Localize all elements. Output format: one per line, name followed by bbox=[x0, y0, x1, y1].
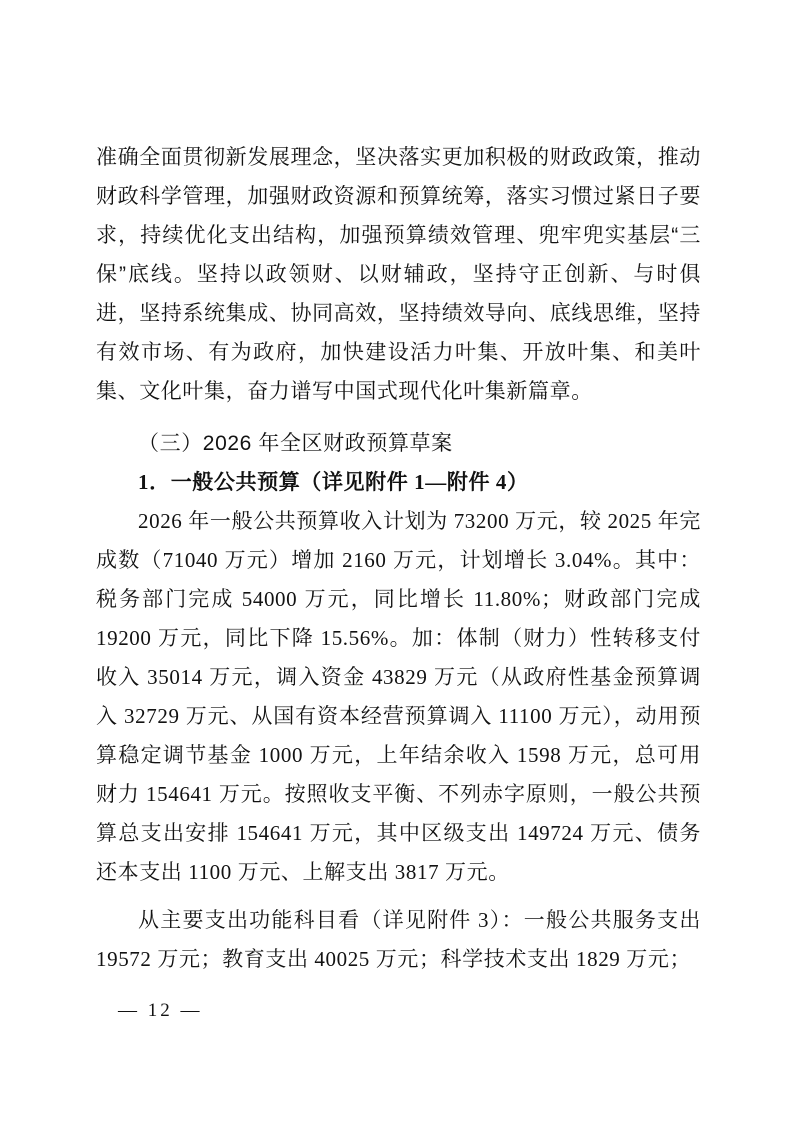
document-page: 准确全面贯彻新发展理念，坚决落实更加积极的财政政策，推动财政科学管理，加强财政资… bbox=[0, 0, 793, 1122]
paragraph-general-public-budget: 2026 年一般公共预算收入计划为 73200 万元，较 2025 年完成数（7… bbox=[96, 502, 701, 892]
paragraph-expenditure-by-function: 从主要支出功能科目看（详见附件 3）：一般公共服务支出 19572 万元；教育支… bbox=[96, 901, 701, 979]
subsection-heading: 1．一般公共预算（详见附件 1—附件 4） bbox=[96, 463, 701, 502]
page-number: — 12 — bbox=[118, 1000, 203, 1022]
section-heading: （三）2026 年全区财政预算草案 bbox=[96, 424, 701, 463]
paragraph-policy-continuation: 准确全面贯彻新发展理念，坚决落实更加积极的财政政策，推动财政科学管理，加强财政资… bbox=[96, 138, 701, 411]
